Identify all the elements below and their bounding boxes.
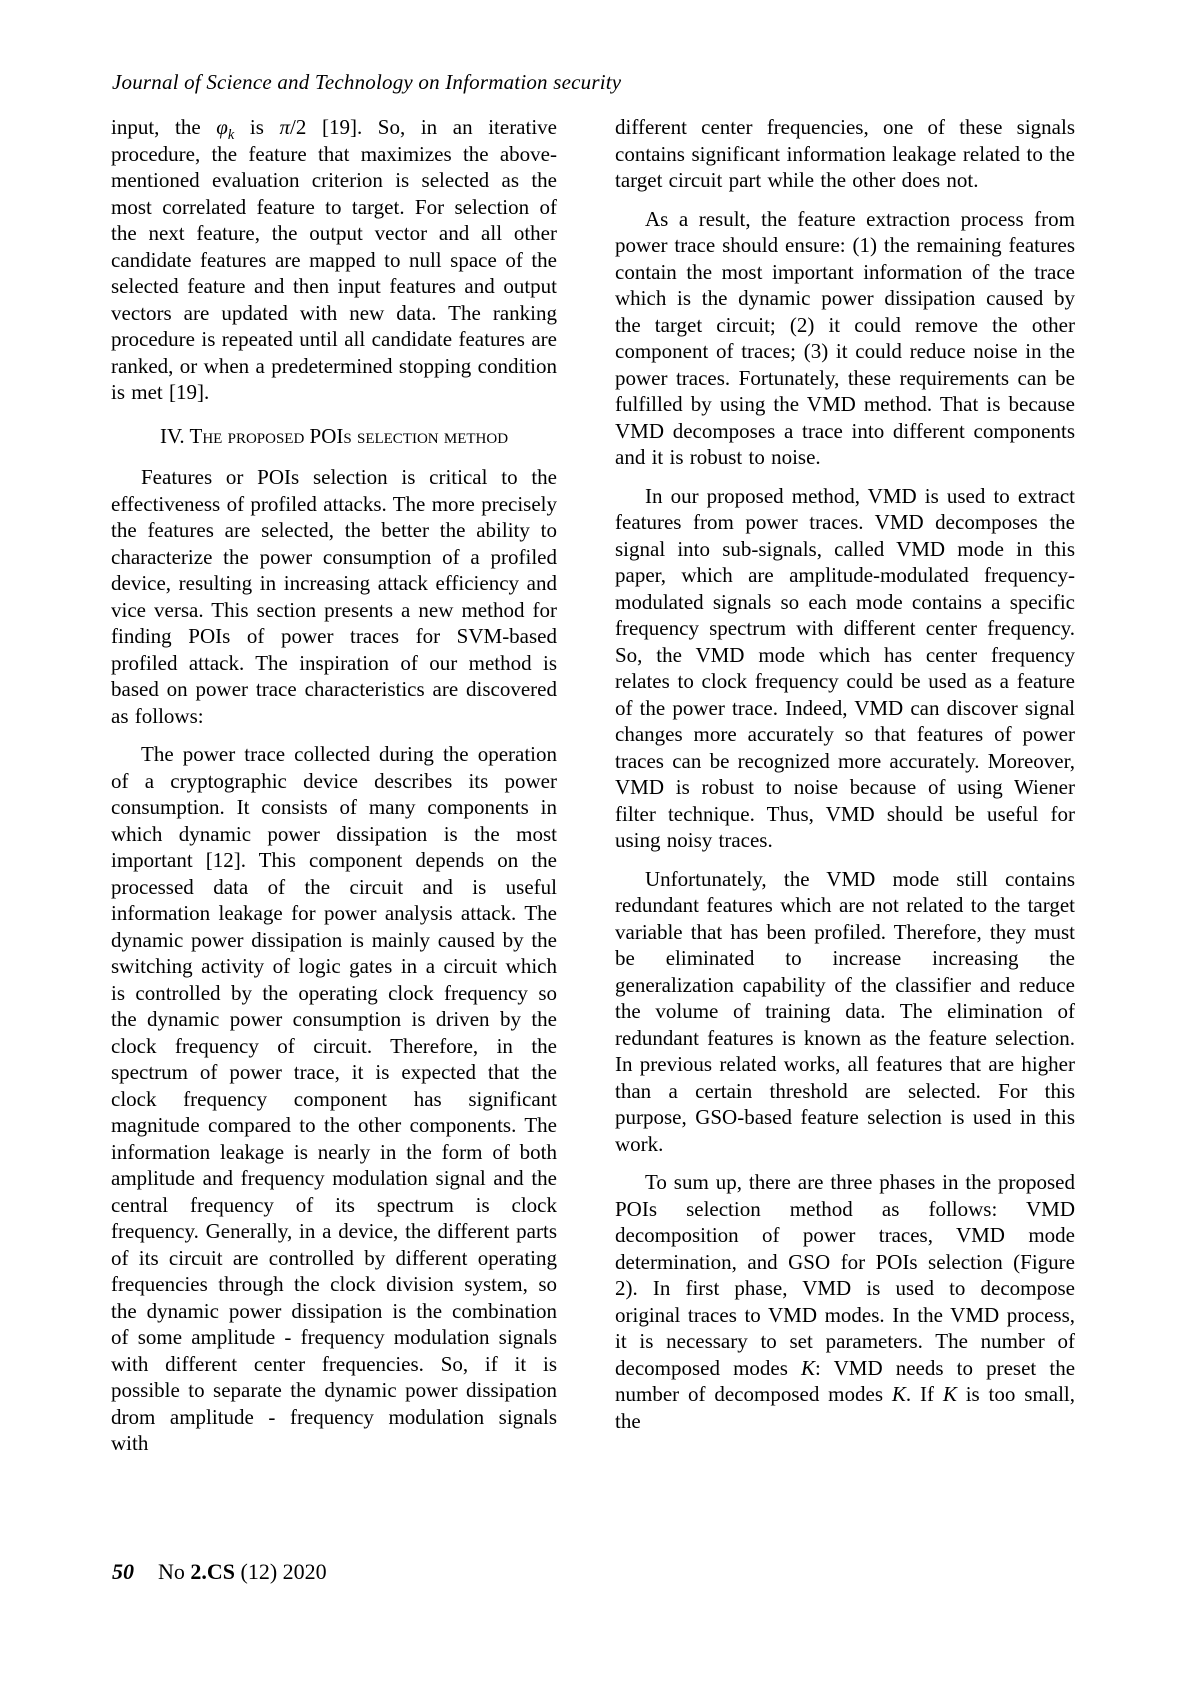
text-segment: Unfortunately, the VMD mode still contai… (615, 867, 1075, 1156)
paragraph: As a result, the feature extraction proc… (615, 206, 1075, 471)
text-segment: To sum up, there are three phases in the… (615, 1170, 1075, 1380)
paragraph: Unfortunately, the VMD mode still contai… (615, 866, 1075, 1158)
text-segment: K (892, 1382, 906, 1406)
paragraph: input, the φk is π/2 [19]. So, in an ite… (111, 114, 557, 406)
text-segment: input, the (111, 115, 216, 139)
text-segment: different center frequencies, one of the… (615, 115, 1075, 192)
journal-page: Journal of Science and Technology on Inf… (0, 0, 1198, 1688)
page-number: 50 (112, 1559, 134, 1584)
issue-label-suffix: (12) 2020 (235, 1559, 327, 1584)
right-column: different center frequencies, one of the… (615, 114, 1075, 1469)
text-segment: /2 [19]. So, in an iterative procedure, … (111, 115, 557, 404)
text-segment: K (801, 1356, 815, 1380)
issue-label-prefix: No (158, 1559, 190, 1584)
text-segment: IV. The proposed POIs selection method (160, 424, 508, 448)
text-segment: K (943, 1382, 957, 1406)
text-segment: Features or POIs selection is critical t… (111, 465, 557, 728)
text-segment: In our proposed method, VMD is used to e… (615, 484, 1075, 853)
paragraph: The power trace collected during the ope… (111, 741, 557, 1457)
paragraph: To sum up, there are three phases in the… (615, 1169, 1075, 1434)
paragraph: In our proposed method, VMD is used to e… (615, 483, 1075, 854)
two-column-body: input, the φk is π/2 [19]. So, in an ite… (111, 114, 1075, 1469)
page-footer: 50No 2.CS (12) 2020 (112, 1558, 327, 1586)
text-segment: The power trace collected during the ope… (111, 742, 557, 1455)
text-segment: π (279, 115, 290, 139)
text-segment: . If (906, 1382, 943, 1406)
paragraph: different center frequencies, one of the… (615, 114, 1075, 194)
section-heading: IV. The proposed POIs selection method (111, 423, 557, 450)
text-segment: φ (216, 115, 228, 139)
text-segment: As a result, the feature extraction proc… (615, 207, 1075, 470)
issue-label-bold: 2.CS (190, 1559, 235, 1584)
paragraph: Features or POIs selection is critical t… (111, 464, 557, 729)
text-segment: is (234, 115, 279, 139)
journal-header: Journal of Science and Technology on Inf… (112, 70, 621, 95)
left-column: input, the φk is π/2 [19]. So, in an ite… (111, 114, 557, 1469)
